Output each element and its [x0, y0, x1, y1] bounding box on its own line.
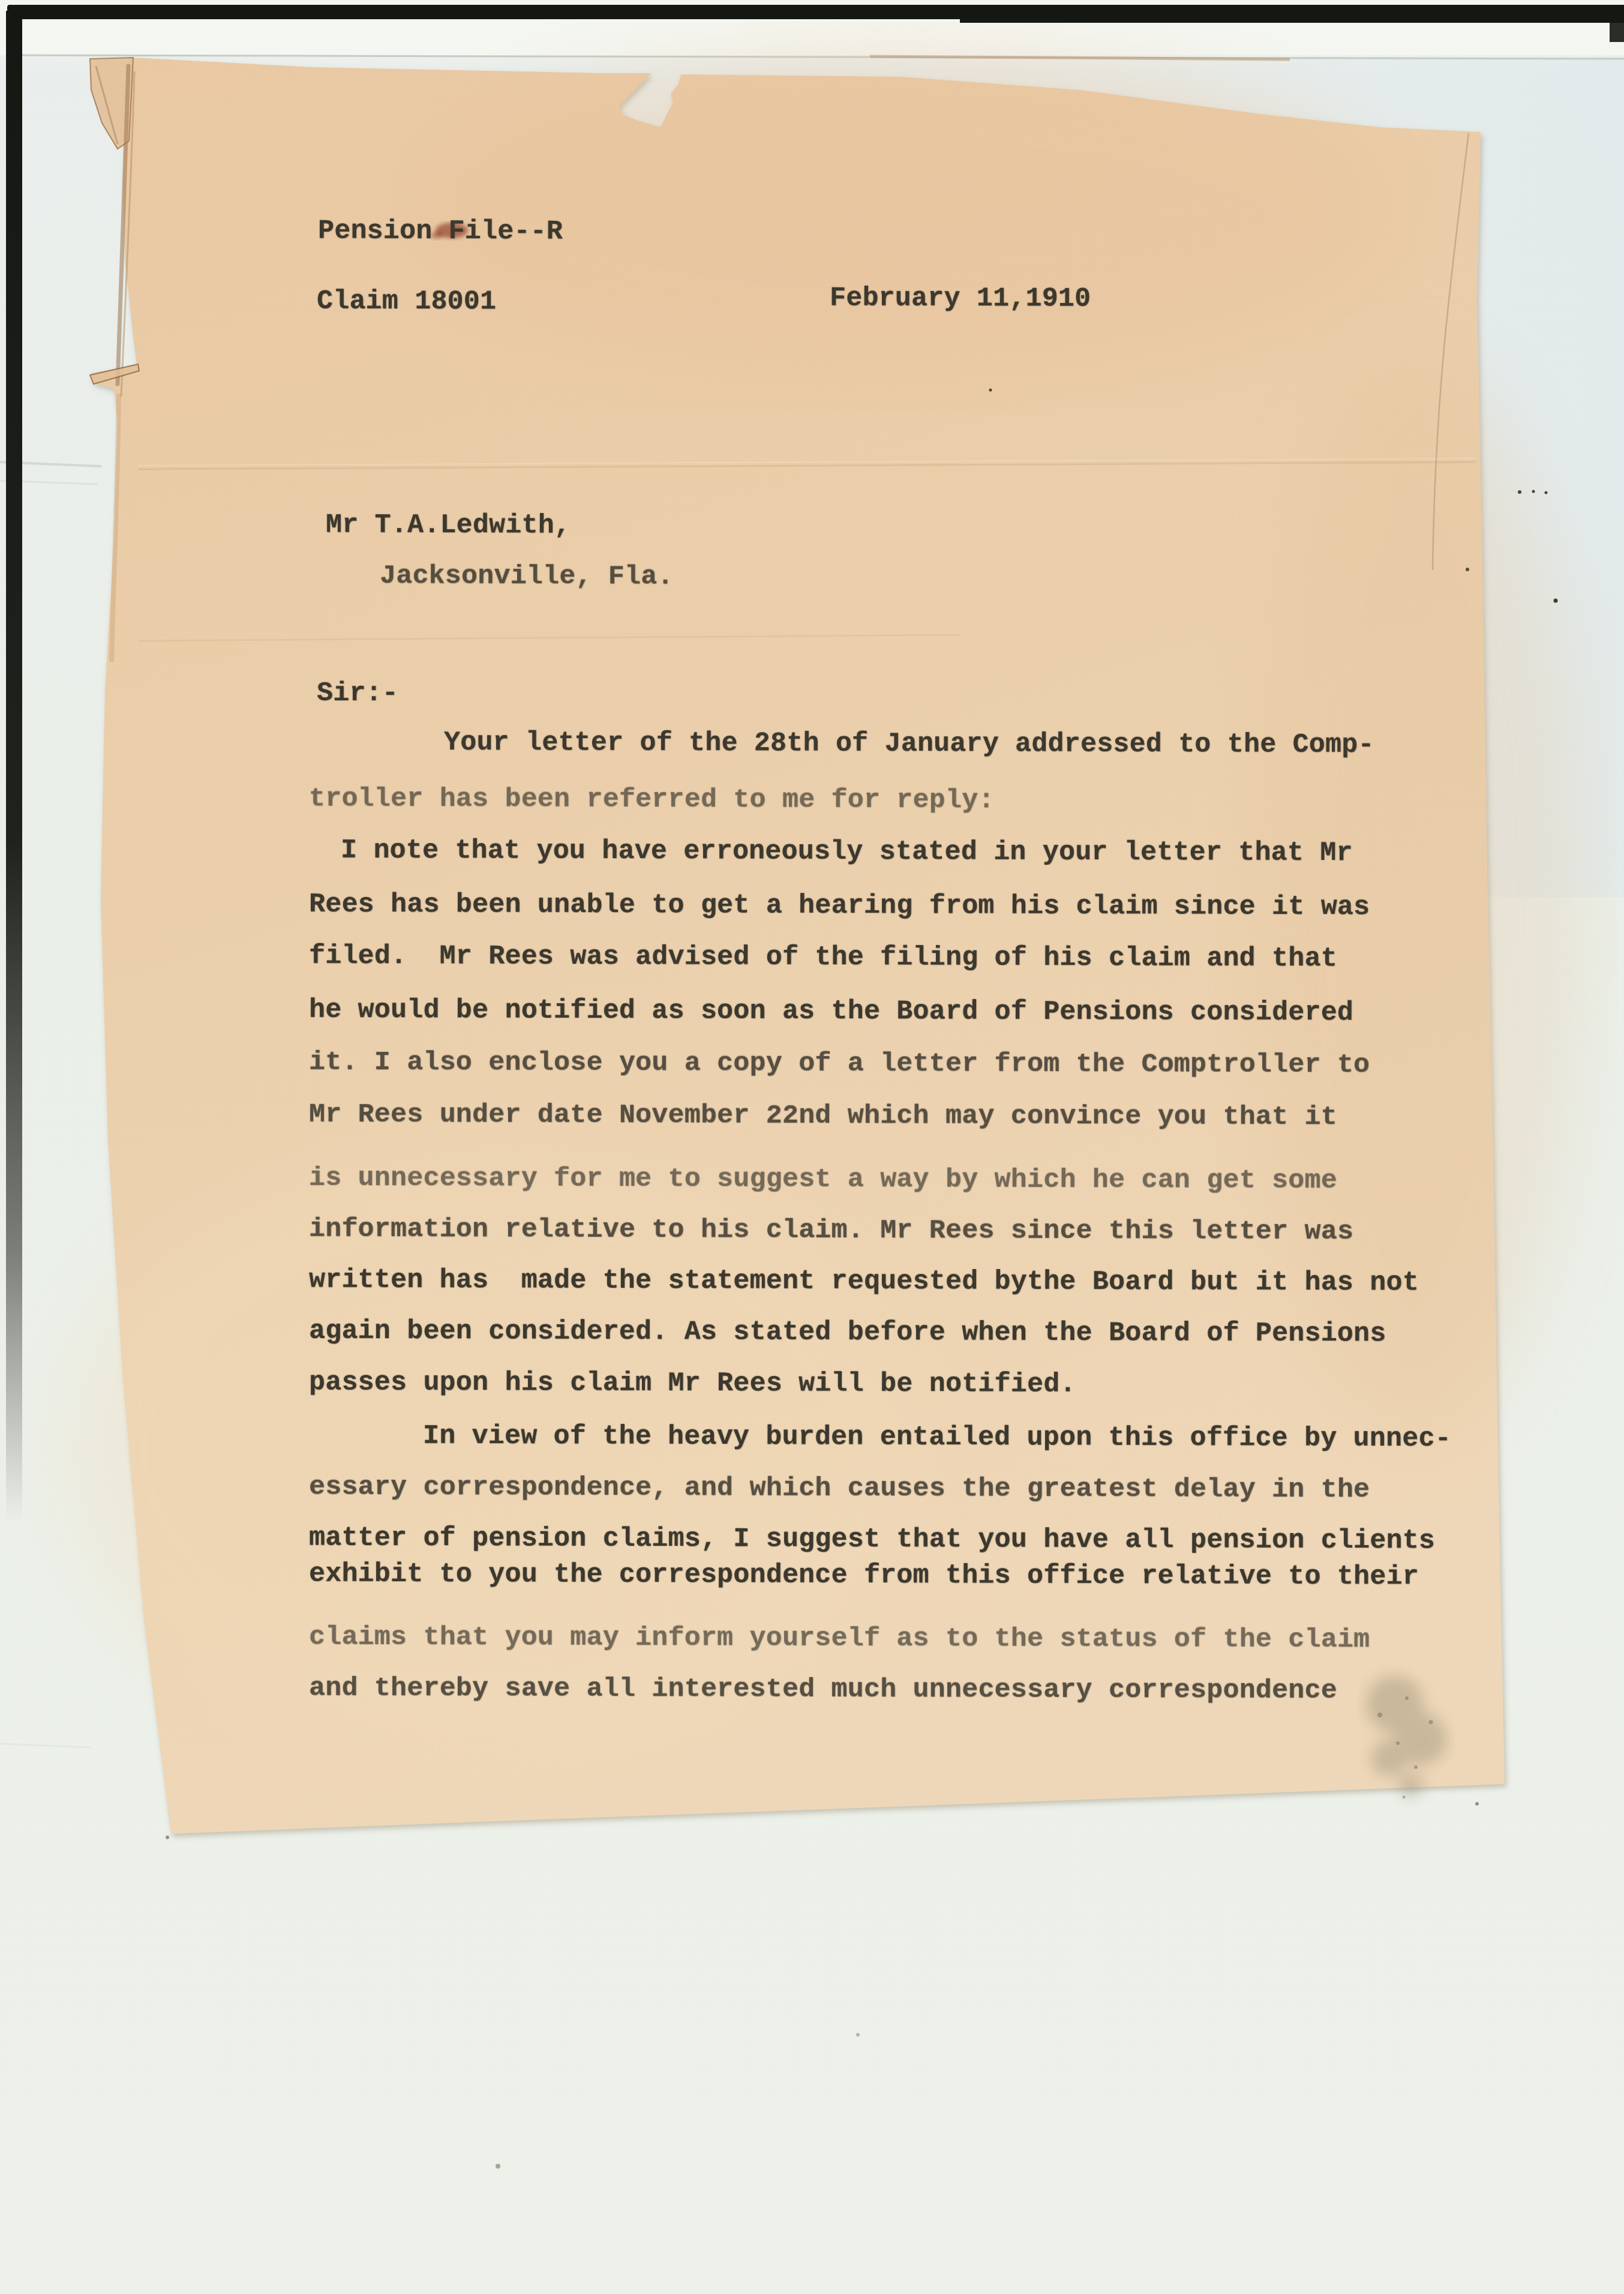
body-line: matter of pension claims, I suggest that… — [309, 1524, 1435, 1556]
body-line: passes upon his claim Mr Rees will be no… — [309, 1368, 1076, 1399]
body-line: again been considered. As stated before … — [309, 1317, 1386, 1349]
recipient-city: Jacksonville, Fla. — [380, 561, 674, 592]
body-line: Your letter of the 28th of January addre… — [444, 728, 1374, 760]
body-line: filed. Mr Rees was advised of the filing… — [309, 941, 1337, 974]
body-line: is unnecessary for me to suggest a way b… — [309, 1164, 1337, 1196]
body-line: written has made the statement requested… — [309, 1266, 1419, 1298]
body-line: information relative to his claim. Mr Re… — [309, 1215, 1353, 1247]
scanned-letter-page: Pension File--R Claim 18001 February 11,… — [0, 0, 1624, 2294]
date-line: February 11,1910 — [830, 283, 1091, 314]
salutation: Sir:- — [317, 679, 398, 709]
typewritten-text: Pension File--R Claim 18001 February 11,… — [0, 0, 1624, 2294]
body-line: In view of the heavy burden entailed upo… — [423, 1422, 1451, 1454]
body-line: exhibit to you the correspondence from t… — [309, 1560, 1419, 1592]
body-line: I note that you have erroneously stated … — [341, 836, 1353, 868]
body-line: essary correspondence, and which causes … — [309, 1473, 1370, 1505]
recipient-name: Mr T.A.Ledwith, — [326, 510, 571, 541]
body-line: Rees has been unable to get a hearing fr… — [309, 890, 1370, 922]
body-line: troller has been referred to me for repl… — [309, 784, 995, 815]
body-line: it. I also enclose you a copy of a lette… — [309, 1048, 1370, 1080]
pension-file-line: Pension File--R — [318, 216, 563, 247]
body-line: he would be notified as soon as the Boar… — [309, 995, 1353, 1028]
body-line: and thereby save all interested much unn… — [309, 1674, 1337, 1706]
claim-number-line: Claim 18001 — [317, 287, 496, 317]
body-line: Mr Rees under date November 22nd which m… — [309, 1100, 1337, 1132]
body-line: claims that you may inform yourself as t… — [309, 1623, 1370, 1655]
